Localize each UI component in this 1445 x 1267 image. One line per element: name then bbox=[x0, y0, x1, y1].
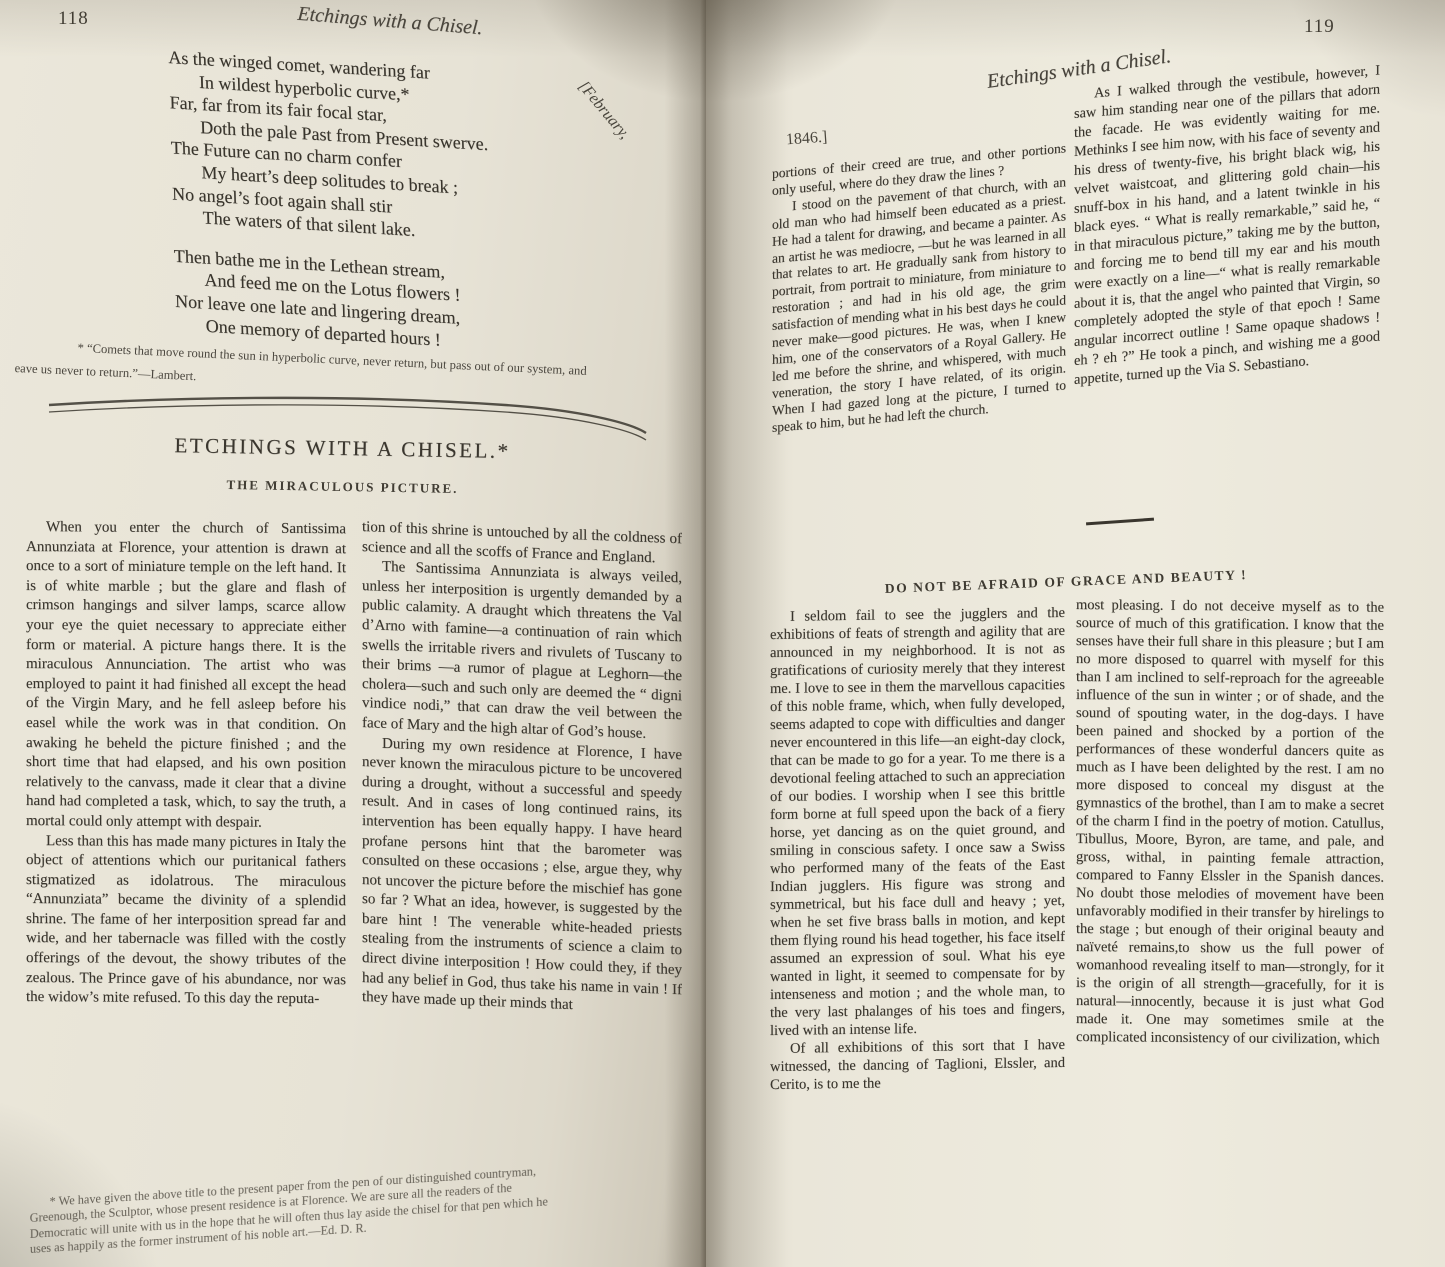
year-marker: 1846.] bbox=[785, 129, 827, 150]
article-subtitle: THE MIRACULOUS PICTURE. bbox=[55, 474, 630, 500]
paragraph: As I walked through the vestibule, howev… bbox=[1074, 61, 1380, 390]
paragraph: During my own residence at Florence, I h… bbox=[362, 734, 682, 1021]
section-column-2: most pleasing. I do not deceive myself a… bbox=[1076, 596, 1384, 1267]
paragraph: I seldom fail to see the jugglers and th… bbox=[770, 604, 1065, 1040]
poem-stanza-2: Then bathe me in the Lethean stream, And… bbox=[174, 244, 608, 360]
column-2: As I walked through the vestibule, howev… bbox=[1074, 61, 1380, 498]
page-number: 118 bbox=[58, 8, 89, 30]
paragraph: When you enter the church of Santissima … bbox=[26, 518, 346, 834]
column-1: When you enter the church of Santissima … bbox=[26, 518, 346, 1178]
text-columns: When you enter the church of Santissima … bbox=[26, 518, 682, 1178]
poem: As the winged comet, wandering far In wi… bbox=[168, 46, 607, 361]
section-title: DO NOT BE AFRAID OF GRACE AND BEAUTY ! bbox=[776, 563, 1356, 601]
column-1: portions of their creed are true, and ot… bbox=[772, 140, 1066, 522]
section-column-1: I seldom fail to see the jugglers and th… bbox=[770, 604, 1065, 1263]
paragraph: most pleasing. I do not deceive myself a… bbox=[1076, 596, 1384, 1049]
running-title: Etchings with a Chisel. bbox=[240, 0, 541, 45]
left-page: 118 Etchings with a Chisel. [February, A… bbox=[0, 0, 706, 1267]
book-photo: 118 Etchings with a Chisel. [February, A… bbox=[0, 0, 1445, 1267]
paragraph: Less than this has made many pictures in… bbox=[26, 832, 346, 1011]
paragraph: I stood on the pavement of that church, … bbox=[772, 174, 1066, 436]
column-2: tion of this shrine is untouched by all … bbox=[362, 518, 682, 1178]
section-divider bbox=[1086, 518, 1154, 525]
paragraph: Of all exhibitions of this sort that I h… bbox=[770, 1036, 1065, 1094]
right-page: Etchings with a Chisel. 119 1846.] porti… bbox=[706, 0, 1445, 1267]
page-number: 119 bbox=[1304, 16, 1335, 38]
paragraph: The Santissima Annunziata is always veil… bbox=[362, 557, 682, 746]
poem-stanza-1: As the winged comet, wandering far In wi… bbox=[168, 46, 604, 253]
